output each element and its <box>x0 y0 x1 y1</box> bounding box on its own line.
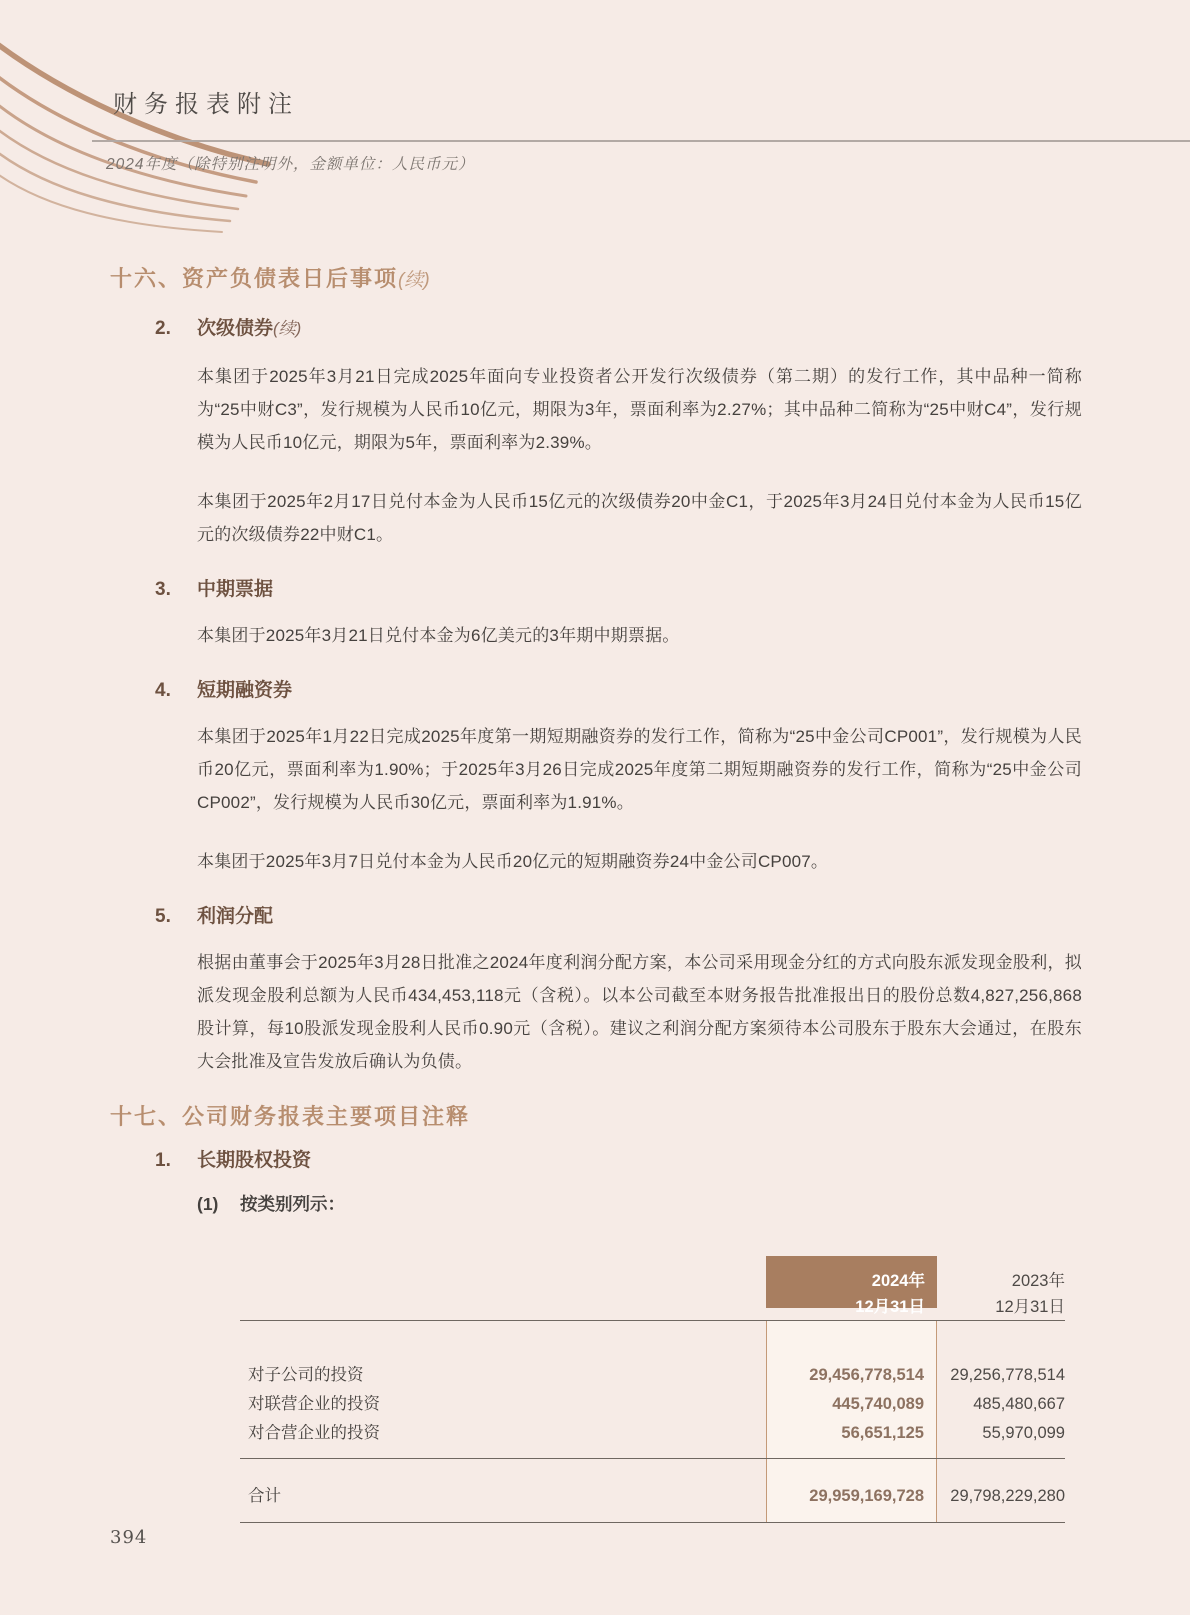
subsection-5-heading: 5. 利润分配 <box>155 904 1082 930</box>
paragraph-short-term-financing-issue: 本集团于2025年1月22日完成2025年度第一期短期融资券的发行工作，简称为“… <box>197 720 1082 819</box>
subsection-3-title: 中期票据 <box>197 577 273 603</box>
subsection-2-number: 2. <box>155 316 197 342</box>
row-value-2023: 29,256,778,514 <box>937 1361 1065 1390</box>
row-value-2024: 29,456,778,514 <box>766 1361 937 1390</box>
page-number: 394 <box>110 1527 147 1548</box>
paragraph-medium-term-notes: 本集团于2025年3月21日兑付本金为6亿美元的3年期中期票据。 <box>197 619 1082 652</box>
paragraph-subordinated-bonds-redeem: 本集团于2025年2月17日兑付本金为人民币15亿元的次级债券20中金C1，于2… <box>197 485 1082 551</box>
table-spacer-row <box>240 1511 1065 1522</box>
table-header-2023: 2023年 12月31日 <box>937 1256 1065 1320</box>
long-term-equity-table: 2024年 12月31日 2023年 12月31日 对子公司的投资 29,456… <box>240 1256 1065 1523</box>
row-label: 对联营企业的投资 <box>240 1390 766 1419</box>
subsection-5-title: 利润分配 <box>197 904 273 930</box>
section-17-heading: 十七、公司财务报表主要项目注释 <box>110 1102 1082 1132</box>
subsection-2-heading: 2. 次级债券(续) <box>155 316 1082 342</box>
section-17-heading-text: 十七、公司财务报表主要项目注释 <box>110 1104 470 1129</box>
subsection-4-number: 4. <box>155 678 197 704</box>
paragraph-profit-distribution: 根据由董事会于2025年3月28日批准之2024年度利润分配方案，本公司采用现金… <box>197 946 1082 1078</box>
content-area: 十六、资产负债表日后事项(续) 2. 次级债券(续) 本集团于2025年3月21… <box>110 264 1082 1523</box>
row-label: 对子公司的投资 <box>240 1361 766 1390</box>
table-header-2024-year: 2024年 <box>766 1268 925 1294</box>
subsection-4-title: 短期融资券 <box>197 678 292 704</box>
subsection-3-heading: 3. 中期票据 <box>155 577 1082 603</box>
subsection-2-title-text: 次级债券 <box>197 318 273 339</box>
spacer-cell <box>766 1459 937 1481</box>
item-by-category-title: 按类别列示： <box>240 1192 345 1216</box>
table-header-2024-date: 12月31日 <box>766 1294 925 1320</box>
row-label: 对合营企业的投资 <box>240 1419 766 1448</box>
total-value-2024: 29,959,169,728 <box>766 1481 937 1511</box>
subsection-5-number: 5. <box>155 904 197 930</box>
header-divider <box>92 140 1190 142</box>
subsection-lt-equity-number: 1. <box>155 1148 197 1174</box>
spacer-cell <box>240 1459 766 1481</box>
subsection-lt-equity-title: 长期股权投资 <box>197 1148 311 1174</box>
spacer-cell <box>240 1448 766 1458</box>
spacer-cell <box>937 1448 1065 1458</box>
spacer-cell <box>766 1321 937 1361</box>
item-by-category-heading: (1) 按类别列示： <box>197 1192 1082 1216</box>
row-value-2024: 56,651,125 <box>766 1419 937 1448</box>
row-value-2024: 445,740,089 <box>766 1390 937 1419</box>
paragraph-subordinated-bonds-issue: 本集团于2025年3月21日完成2025年面向专业投资者公开发行次级债券（第二期… <box>197 360 1082 459</box>
table-total-section: 合计 29,959,169,728 29,798,229,280 <box>240 1459 1065 1523</box>
spacer-cell <box>766 1511 937 1522</box>
subsection-4-heading: 4. 短期融资券 <box>155 678 1082 704</box>
table-header-row: 2024年 12月31日 2023年 12月31日 <box>240 1256 1065 1320</box>
subsection-2-title: 次级债券(续) <box>197 316 301 342</box>
section-16-heading-suffix: (续) <box>398 270 430 291</box>
spacer-cell <box>937 1511 1065 1522</box>
subsection-lt-equity-heading: 1. 长期股权投资 <box>155 1148 1082 1174</box>
table-header-2023-date: 12月31日 <box>937 1294 1065 1320</box>
spacer-cell <box>240 1511 766 1522</box>
table-spacer-row <box>240 1321 1065 1361</box>
paragraph-short-term-financing-redeem: 本集团于2025年3月7日兑付本金为人民币20亿元的短期融资券24中金公司CP0… <box>197 845 1082 878</box>
spacer-cell <box>937 1321 1065 1361</box>
swoosh-decoration-icon <box>0 22 300 252</box>
spacer-cell <box>240 1321 766 1361</box>
page-title: 财务报表附注 <box>113 84 299 119</box>
page-subtitle: 2024年度（除特别注明外，金额单位：人民币元） <box>106 152 474 174</box>
section-16-heading: 十六、资产负债表日后事项(续) <box>110 264 1082 296</box>
row-value-2023: 485,480,667 <box>937 1390 1065 1419</box>
total-value-2023: 29,798,229,280 <box>937 1481 1065 1511</box>
spacer-cell <box>937 1459 1065 1481</box>
subsection-2-title-suffix: (续) <box>273 319 301 338</box>
subsection-3-number: 3. <box>155 577 197 603</box>
table-spacer-row <box>240 1448 1065 1458</box>
table-row-subsidiaries: 对子公司的投资 29,456,778,514 29,256,778,514 <box>240 1361 1065 1390</box>
section-16-heading-text: 十六、资产负债表日后事项 <box>110 266 398 291</box>
row-value-2023: 55,970,099 <box>937 1419 1065 1448</box>
spacer-cell <box>766 1448 937 1458</box>
table-header-2024: 2024年 12月31日 <box>766 1256 937 1308</box>
report-page: 财务报表附注 2024年度（除特别注明外，金额单位：人民币元） 十六、资产负债表… <box>0 0 1190 1615</box>
total-label: 合计 <box>240 1481 766 1511</box>
table-row-associates: 对联营企业的投资 445,740,089 485,480,667 <box>240 1390 1065 1419</box>
table-row-total: 合计 29,959,169,728 29,798,229,280 <box>240 1481 1065 1511</box>
table-row-joint-ventures: 对合营企业的投资 56,651,125 55,970,099 <box>240 1419 1065 1448</box>
table-header-2023-year: 2023年 <box>937 1268 1065 1294</box>
table-spacer-row <box>240 1459 1065 1481</box>
item-by-category-number: (1) <box>197 1192 240 1216</box>
table-header-empty-cell <box>240 1256 766 1320</box>
table-body: 对子公司的投资 29,456,778,514 29,256,778,514 对联… <box>240 1320 1065 1459</box>
